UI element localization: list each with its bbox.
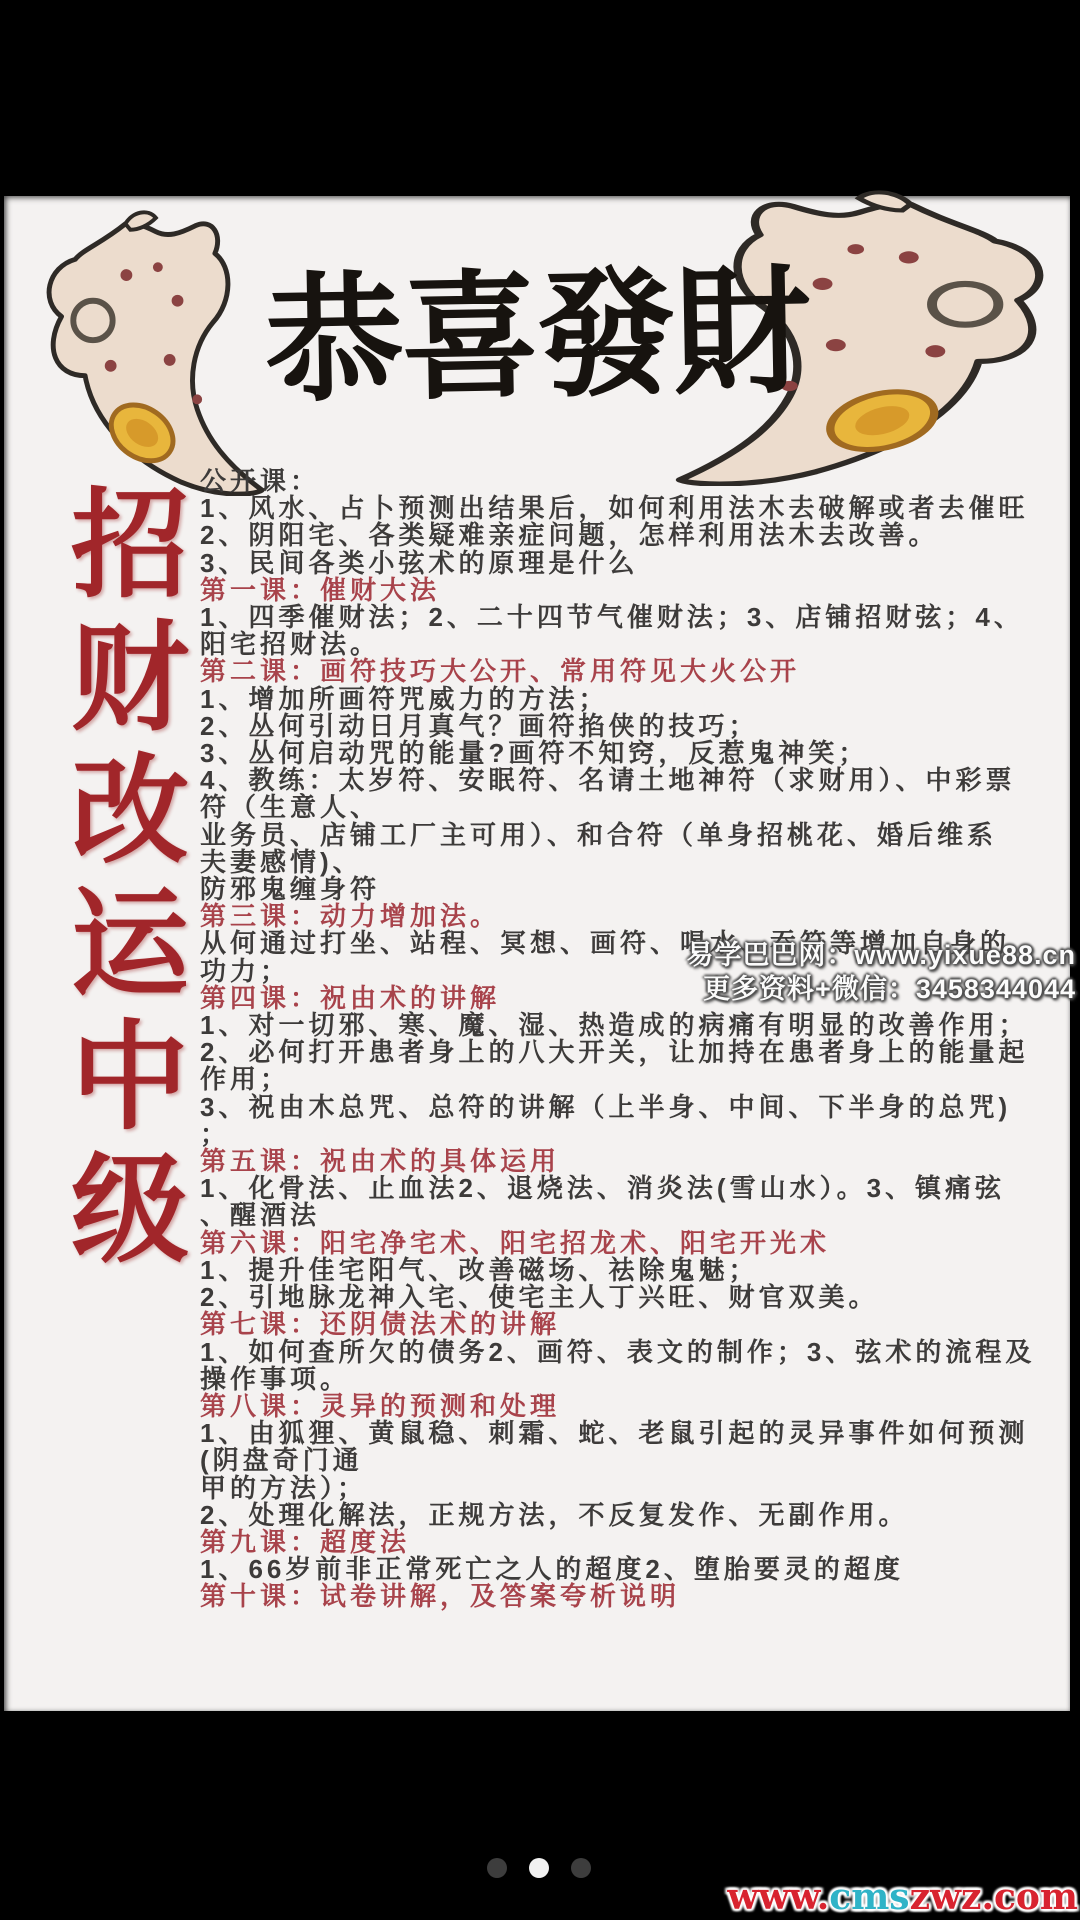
outline-text-line: 符（生意人、	[200, 794, 1080, 821]
outline-text-line: 业务员、店铺工厂主可用）、和合符（单身招桃花、婚后维系	[200, 822, 1080, 849]
outline-text-line: 2、阴阳宅、各类疑难亲症问题，怎样利用法木去改善。	[200, 522, 1080, 549]
carousel-dot[interactable]	[571, 1858, 591, 1878]
overlay-watermark: 易学巴巴网：www.yixue88.cn 更多资料+微信：3458344044	[686, 938, 1076, 1006]
outline-text-line: 1、对一切邪、寒、魔、湿、热造成的病痛有明显的改善作用；	[200, 1012, 1080, 1039]
outline-text-line: 2、丛何引动日月真气？画符掐侠的技巧；	[200, 713, 1080, 740]
course-header-line: 第二课：画符技巧大公开、常用符见大火公开	[200, 658, 1080, 685]
vertical-title-char: 中	[60, 1012, 200, 1145]
outline-text-line: 3、祝由木总咒、总符的讲解（上半身、中间、下半身的总咒)	[200, 1094, 1080, 1121]
carousel-dot-active[interactable]	[529, 1858, 549, 1878]
outline-text-line: 1、增加所画符咒威力的方法；	[200, 686, 1080, 713]
outline-text-line: 2、处理化解法，正规方法，不反复发作、无副作用。	[200, 1502, 1080, 1529]
outline-text-line: 公开课：	[200, 468, 1080, 495]
outline-text-line: 1、66岁前非正常死亡之人的超度2、堕胎要灵的超度	[200, 1556, 1080, 1583]
site-watermark-prefix: www.	[727, 1876, 829, 1918]
decorative-horn-left-icon	[32, 210, 268, 496]
course-header-line: 第八课：灵异的预测和处理	[200, 1393, 1080, 1420]
outline-text-line: 操作事项。	[200, 1366, 1080, 1393]
course-outline: 公开课：1、风水、占卜预测出结果后，如何利用法木去破解或者去催旺2、阴阳宅、各类…	[200, 468, 1080, 1611]
outline-text-line: 1、如何查所欠的债务2、画符、表文的制作；3、弦术的流程及	[200, 1339, 1080, 1366]
banner-calligraphy: 恭喜發財	[263, 221, 810, 428]
course-header-line: 第六课：阳宅净宅术、阳宅招龙术、阳宅开光术	[200, 1230, 1080, 1257]
vertical-title-char: 改	[60, 746, 200, 879]
outline-text-line: 1、由狐狸、黄鼠稳、刺霜、蛇、老鼠引起的灵异事件如何预测	[200, 1420, 1080, 1447]
outline-text-line: 1、化骨法、止血法2、退烧法、消炎法(雪山水）。3、镇痛弦	[200, 1175, 1080, 1202]
carousel-dots	[487, 1858, 591, 1878]
vertical-title-char: 招	[60, 480, 200, 613]
course-header-line: 第七课：还阴债法术的讲解	[200, 1311, 1080, 1338]
overlay-watermark-site: 易学巴巴网：www.yixue88.cn	[686, 938, 1076, 972]
course-header-line: 第十课：试卷讲解，及答案夸析说明	[200, 1583, 1080, 1610]
outline-text-line: 2、必何打开患者身上的八大开关，让加持在患者身上的能量起	[200, 1039, 1080, 1066]
vertical-title-char: 财	[60, 613, 200, 746]
site-watermark-suffix: zwz.com	[910, 1876, 1078, 1918]
site-watermark: www.cmszwz.com	[727, 1876, 1078, 1918]
outline-text-line: 3、民间各类小弦术的原理是什么	[200, 550, 1080, 577]
outline-text-line: 2、引地脉龙神入宅、使宅主人丁兴旺、财官双美。	[200, 1284, 1080, 1311]
outline-text-line: 、醒酒法	[200, 1202, 1080, 1229]
vertical-title-char: 级	[60, 1145, 200, 1278]
outline-text-line: 1、四季催财法；2、二十四节气催财法；3、店铺招财弦；4、	[200, 604, 1080, 631]
course-header-line: 第九课：超度法	[200, 1529, 1080, 1556]
outline-text-line: 1、提升佳宅阳气、改善磁场、祛除鬼魅；	[200, 1257, 1080, 1284]
outline-text-line: 4、教练：太岁符、安眠符、名请土地神符（求财用）、中彩票	[200, 767, 1080, 794]
outline-text-line: 3、丛何启动咒的能量?画符不知窍，反惹鬼神笑；	[200, 740, 1080, 767]
vertical-title-char: 运	[60, 879, 200, 1012]
carousel-dot[interactable]	[487, 1858, 507, 1878]
outline-text-line: ；	[200, 1121, 1080, 1148]
outline-text-line: (阴盘奇门通	[200, 1447, 1080, 1474]
outline-text-line: 阳宅招财法。	[200, 631, 1080, 658]
outline-text-line: 作用；	[200, 1066, 1080, 1093]
course-header-line: 第五课：祝由术的具体运用	[200, 1148, 1080, 1175]
outline-text-line: 甲的方法）；	[200, 1475, 1080, 1502]
outline-text-line: 1、风水、占卜预测出结果后，如何利用法木去破解或者去催旺	[200, 495, 1080, 522]
image-viewer: 恭喜發財 招财改运中级 公开课：1、风水、占卜预测出结果后，如何利用法木去破解或…	[0, 0, 1080, 1920]
course-header-line: 第一课：催财大法	[200, 577, 1080, 604]
site-watermark-highlight: cms	[829, 1876, 909, 1918]
course-header-line: 第三课：动力增加法。	[200, 903, 1080, 930]
vertical-course-title: 招财改运中级	[60, 480, 200, 1278]
overlay-watermark-contact: 更多资料+微信：3458344044	[686, 972, 1076, 1006]
outline-text-line: 防邪鬼缠身符	[200, 876, 1080, 903]
outline-text-line: 夫妻感情)、	[200, 849, 1080, 876]
